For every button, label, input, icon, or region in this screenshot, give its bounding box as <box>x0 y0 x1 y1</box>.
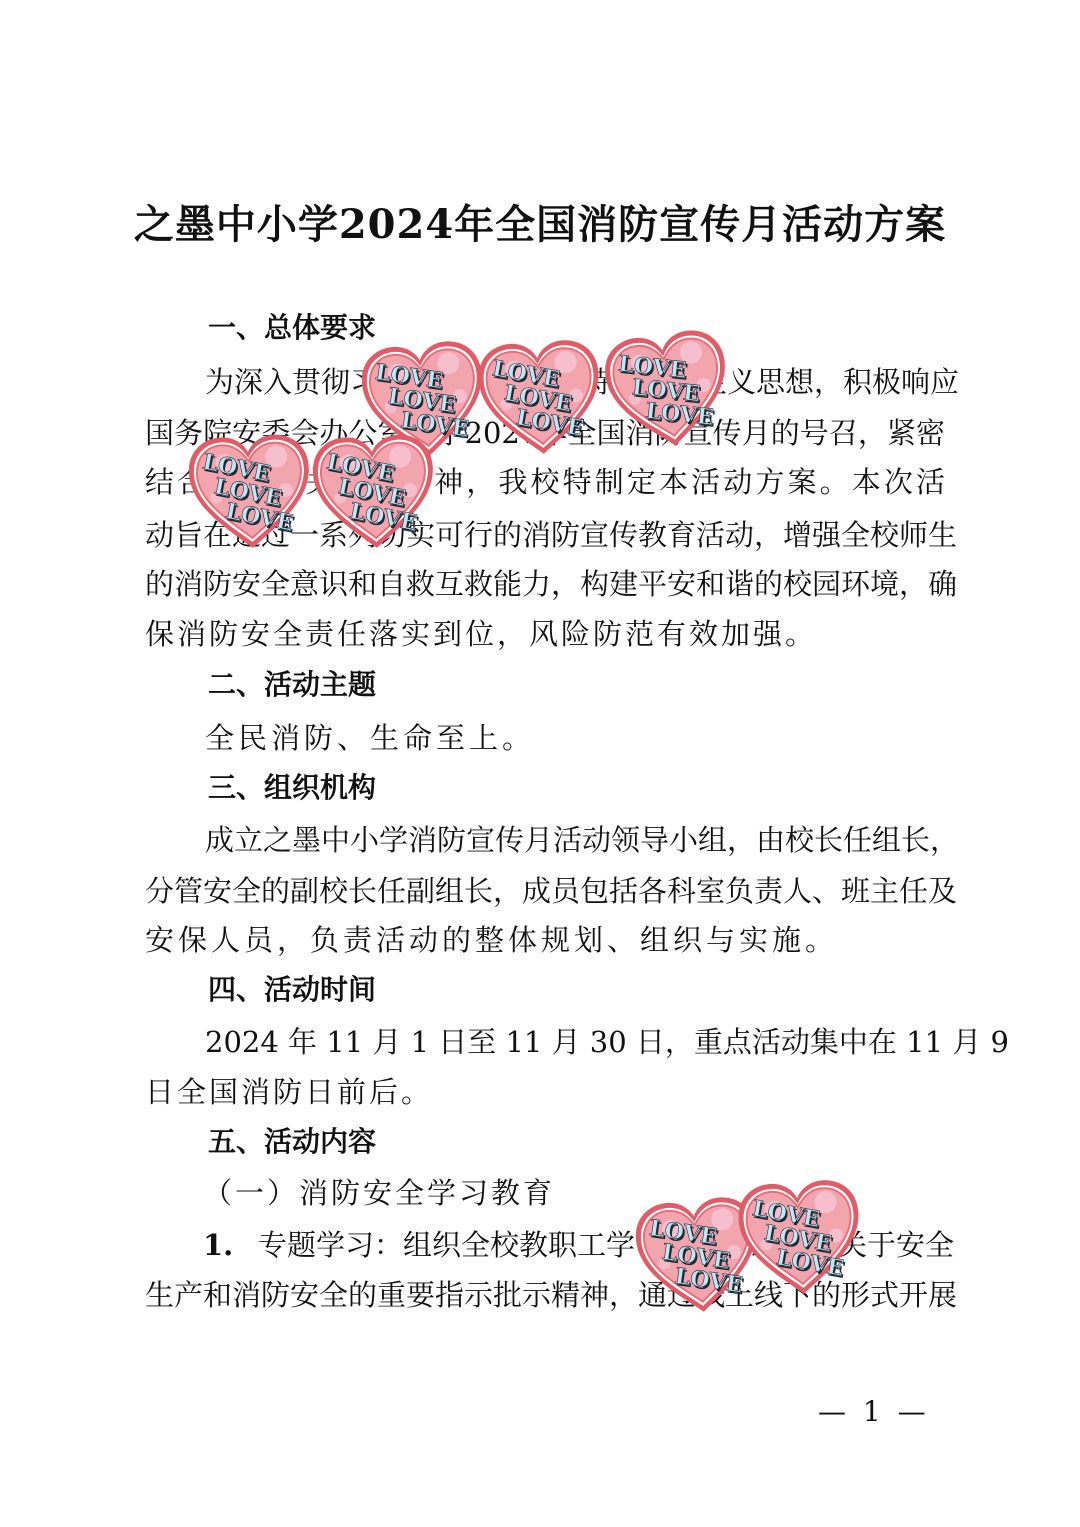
paragraph-line: 的消防安全意识和自救互救能力，构建平安和谐的校园环境，确 <box>145 564 945 604</box>
paragraph-line: 全民消防、生命至上。 <box>205 718 945 758</box>
section-heading-2: 二、活动主题 <box>208 665 1008 705</box>
paragraph-line: 保消防安全责任落实到位，风险防范有效加强。 <box>145 614 945 654</box>
heart-love-sticker-icon <box>472 334 608 463</box>
paragraph-line: 安保人员，负责活动的整体规划、组织与实施。 <box>145 920 945 960</box>
paragraph-line: 2024 年 11 月 1 日至 11 月 30 日，重点活动集中在 11 月 … <box>205 1022 945 1062</box>
paragraph-line: 分管安全的副校长任副组长，成员包括各科室负责人、班主任及 <box>145 871 945 911</box>
heart-love-sticker-icon <box>596 322 739 459</box>
section-heading-3: 三、组织机构 <box>208 768 1008 808</box>
document-title: 之墨中小学2024年全国消防宣传月活动方案 <box>0 198 1080 252</box>
heart-love-sticker-icon <box>183 429 317 556</box>
section-heading-4: 四、活动时间 <box>208 970 1008 1010</box>
page-number: — 1 — <box>818 1395 930 1428</box>
heart-love-sticker-icon <box>307 429 441 556</box>
list-item-number: 1. <box>203 1225 263 1265</box>
paragraph-line: 成立之墨中小学消防宣传月活动领导小组，由校长任组长， <box>205 820 945 860</box>
paragraph-line: 日全国消防日前后。 <box>145 1072 945 1112</box>
heart-love-sticker-icon <box>732 1174 868 1303</box>
subsection-heading: （一）消防安全学习教育 <box>203 1173 1003 1213</box>
section-heading-5: 五、活动内容 <box>208 1122 1008 1162</box>
